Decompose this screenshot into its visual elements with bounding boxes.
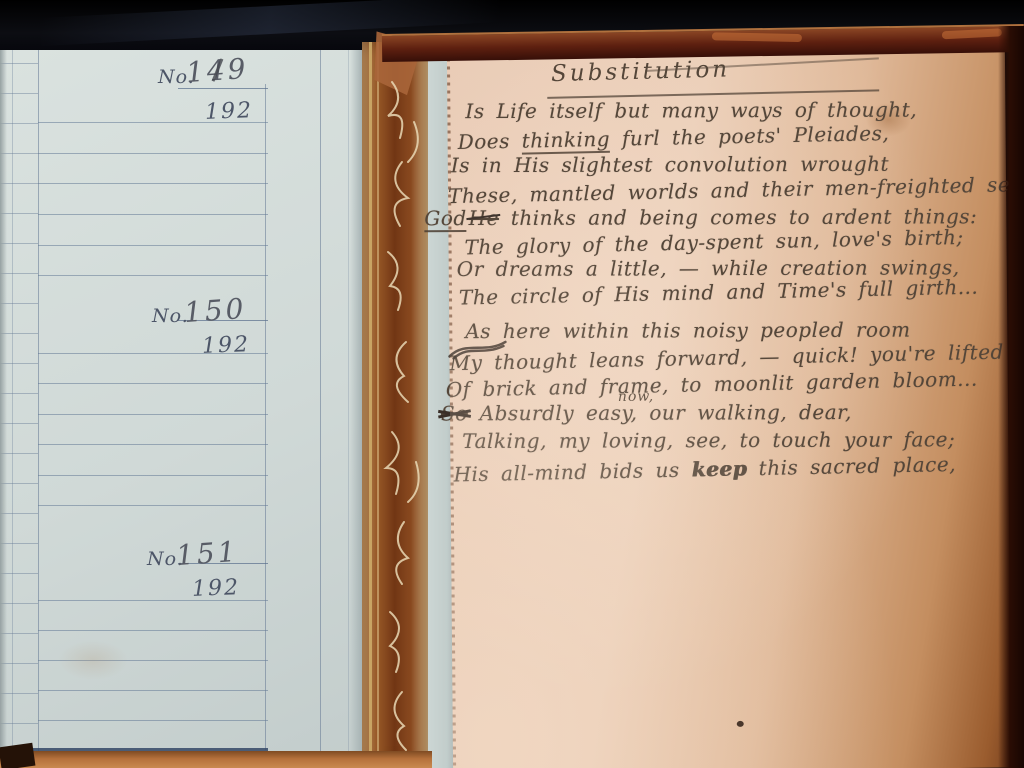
- poem-title: Substitution: [551, 56, 731, 87]
- page-stack-edge: [0, 50, 7, 756]
- poem-line: Does thinking furl the poets' Pleiades,: [457, 121, 889, 154]
- ledger-rule-line: [38, 183, 268, 184]
- ledger-rule-line: [38, 214, 268, 215]
- pencil-scribble-mark: [445, 336, 509, 363]
- underlined-word: thinking: [521, 127, 610, 155]
- ledger-rule-line: [38, 245, 268, 246]
- cover-corner-shadow: [0, 743, 35, 768]
- ledger-rule-line: [38, 505, 268, 506]
- open-notebook-photo: No. 149 192 No. 150 192 No. 151 192: [0, 0, 1024, 768]
- poem-line: The glory of the day-spent sun, love's b…: [464, 225, 963, 259]
- poem-text: His all-mind bids us: [453, 457, 691, 486]
- poem-text: Does: [457, 129, 522, 154]
- ledger-rule-line: [38, 414, 268, 415]
- ledger-rule-line: [38, 275, 268, 276]
- inserted-word-above-line: now,: [618, 389, 654, 405]
- book-bottom-edge: [0, 751, 432, 768]
- stub-number-150: 150: [183, 292, 248, 329]
- ledger-rule-line: [38, 630, 268, 631]
- leather-cover-right-edge: [998, 26, 1024, 768]
- paper-stain: [58, 640, 128, 680]
- ledger-rule-line: [38, 153, 268, 154]
- torn-binding-spine: [362, 42, 430, 768]
- stub-year-149: 192: [205, 98, 254, 125]
- poem-line: These, mantled worlds and their men-frei…: [448, 172, 1024, 208]
- poem-text: Absurdly easy,: [480, 401, 638, 426]
- stub-number-151: 151: [175, 535, 240, 572]
- page-edge-shadow: [350, 50, 362, 756]
- scribbled-out-word: So: [441, 401, 468, 425]
- ledger-rule-line: [38, 444, 268, 445]
- frayed-threads: [362, 42, 430, 768]
- ledger-stub-page: No. 149 192 No. 150 192 No. 151 192: [0, 50, 362, 756]
- manuscript-page: Substitution Is Life itself but many way…: [447, 46, 1011, 768]
- ledger-rule-line: [38, 690, 268, 691]
- poem-line: As here within this noisy peopled room: [465, 318, 910, 344]
- ledger-rule-line: [38, 720, 268, 721]
- handwritten-poem: Substitution Is Life itself but many way…: [447, 46, 1011, 768]
- poem-text: furl the poets' Pleiades,: [610, 121, 890, 151]
- poem-line: Talking, my loving, see, to touch your f…: [462, 427, 955, 453]
- stub-year-151: 192: [192, 575, 241, 602]
- leather-highlight: [712, 32, 802, 42]
- ledger-ruled-lines: [0, 50, 362, 756]
- leather-highlight: [942, 28, 1002, 39]
- poem-line: Is Life itself but many ways of thought,: [465, 98, 917, 124]
- poem-line: Is in His slightest convolution wrought: [451, 152, 889, 178]
- struck-word: He: [469, 206, 499, 230]
- overwritten-word: keep: [691, 456, 747, 481]
- poem-text: our walking, dear,: [637, 400, 851, 425]
- margin-correction-word: God: [424, 206, 466, 232]
- stub-year-150: 192: [202, 332, 251, 359]
- poem-text: this sacred place,: [747, 452, 957, 480]
- ledger-rule-line: [38, 383, 268, 384]
- poem-line: His all-mind bids us keep this sacred pl…: [453, 452, 956, 487]
- ledger-rule-line: [38, 475, 268, 476]
